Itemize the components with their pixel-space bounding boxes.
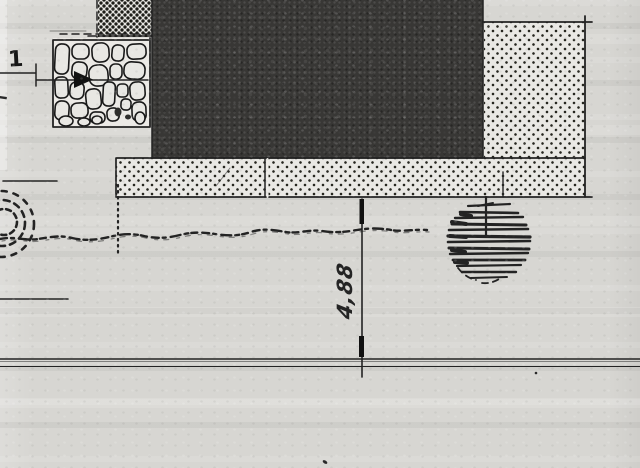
- tree-symbol-right: [448, 197, 530, 283]
- dark-wall-fill: [152, 0, 483, 158]
- grade-stipple-line: [0, 229, 429, 242]
- hatch-strip-top-left: [98, 0, 152, 37]
- leader-arrow-icon: [74, 71, 93, 88]
- shrub-symbol-left: [0, 191, 34, 257]
- dimension-value-label: 4,88: [333, 250, 359, 332]
- left-margin-lines: [0, 181, 68, 299]
- hatch-footing-band: [116, 158, 585, 197]
- dimension-line-vertical: [359, 199, 364, 377]
- scanned-drawing-page: 1 4,88: [0, 0, 640, 468]
- dark-pebbles: [115, 108, 132, 120]
- rubble-masonry-block: [50, 31, 150, 127]
- scan-edge-highlight: [0, 0, 7, 170]
- ground-double-line: [0, 359, 640, 367]
- reference-marker-label: 1: [7, 46, 34, 73]
